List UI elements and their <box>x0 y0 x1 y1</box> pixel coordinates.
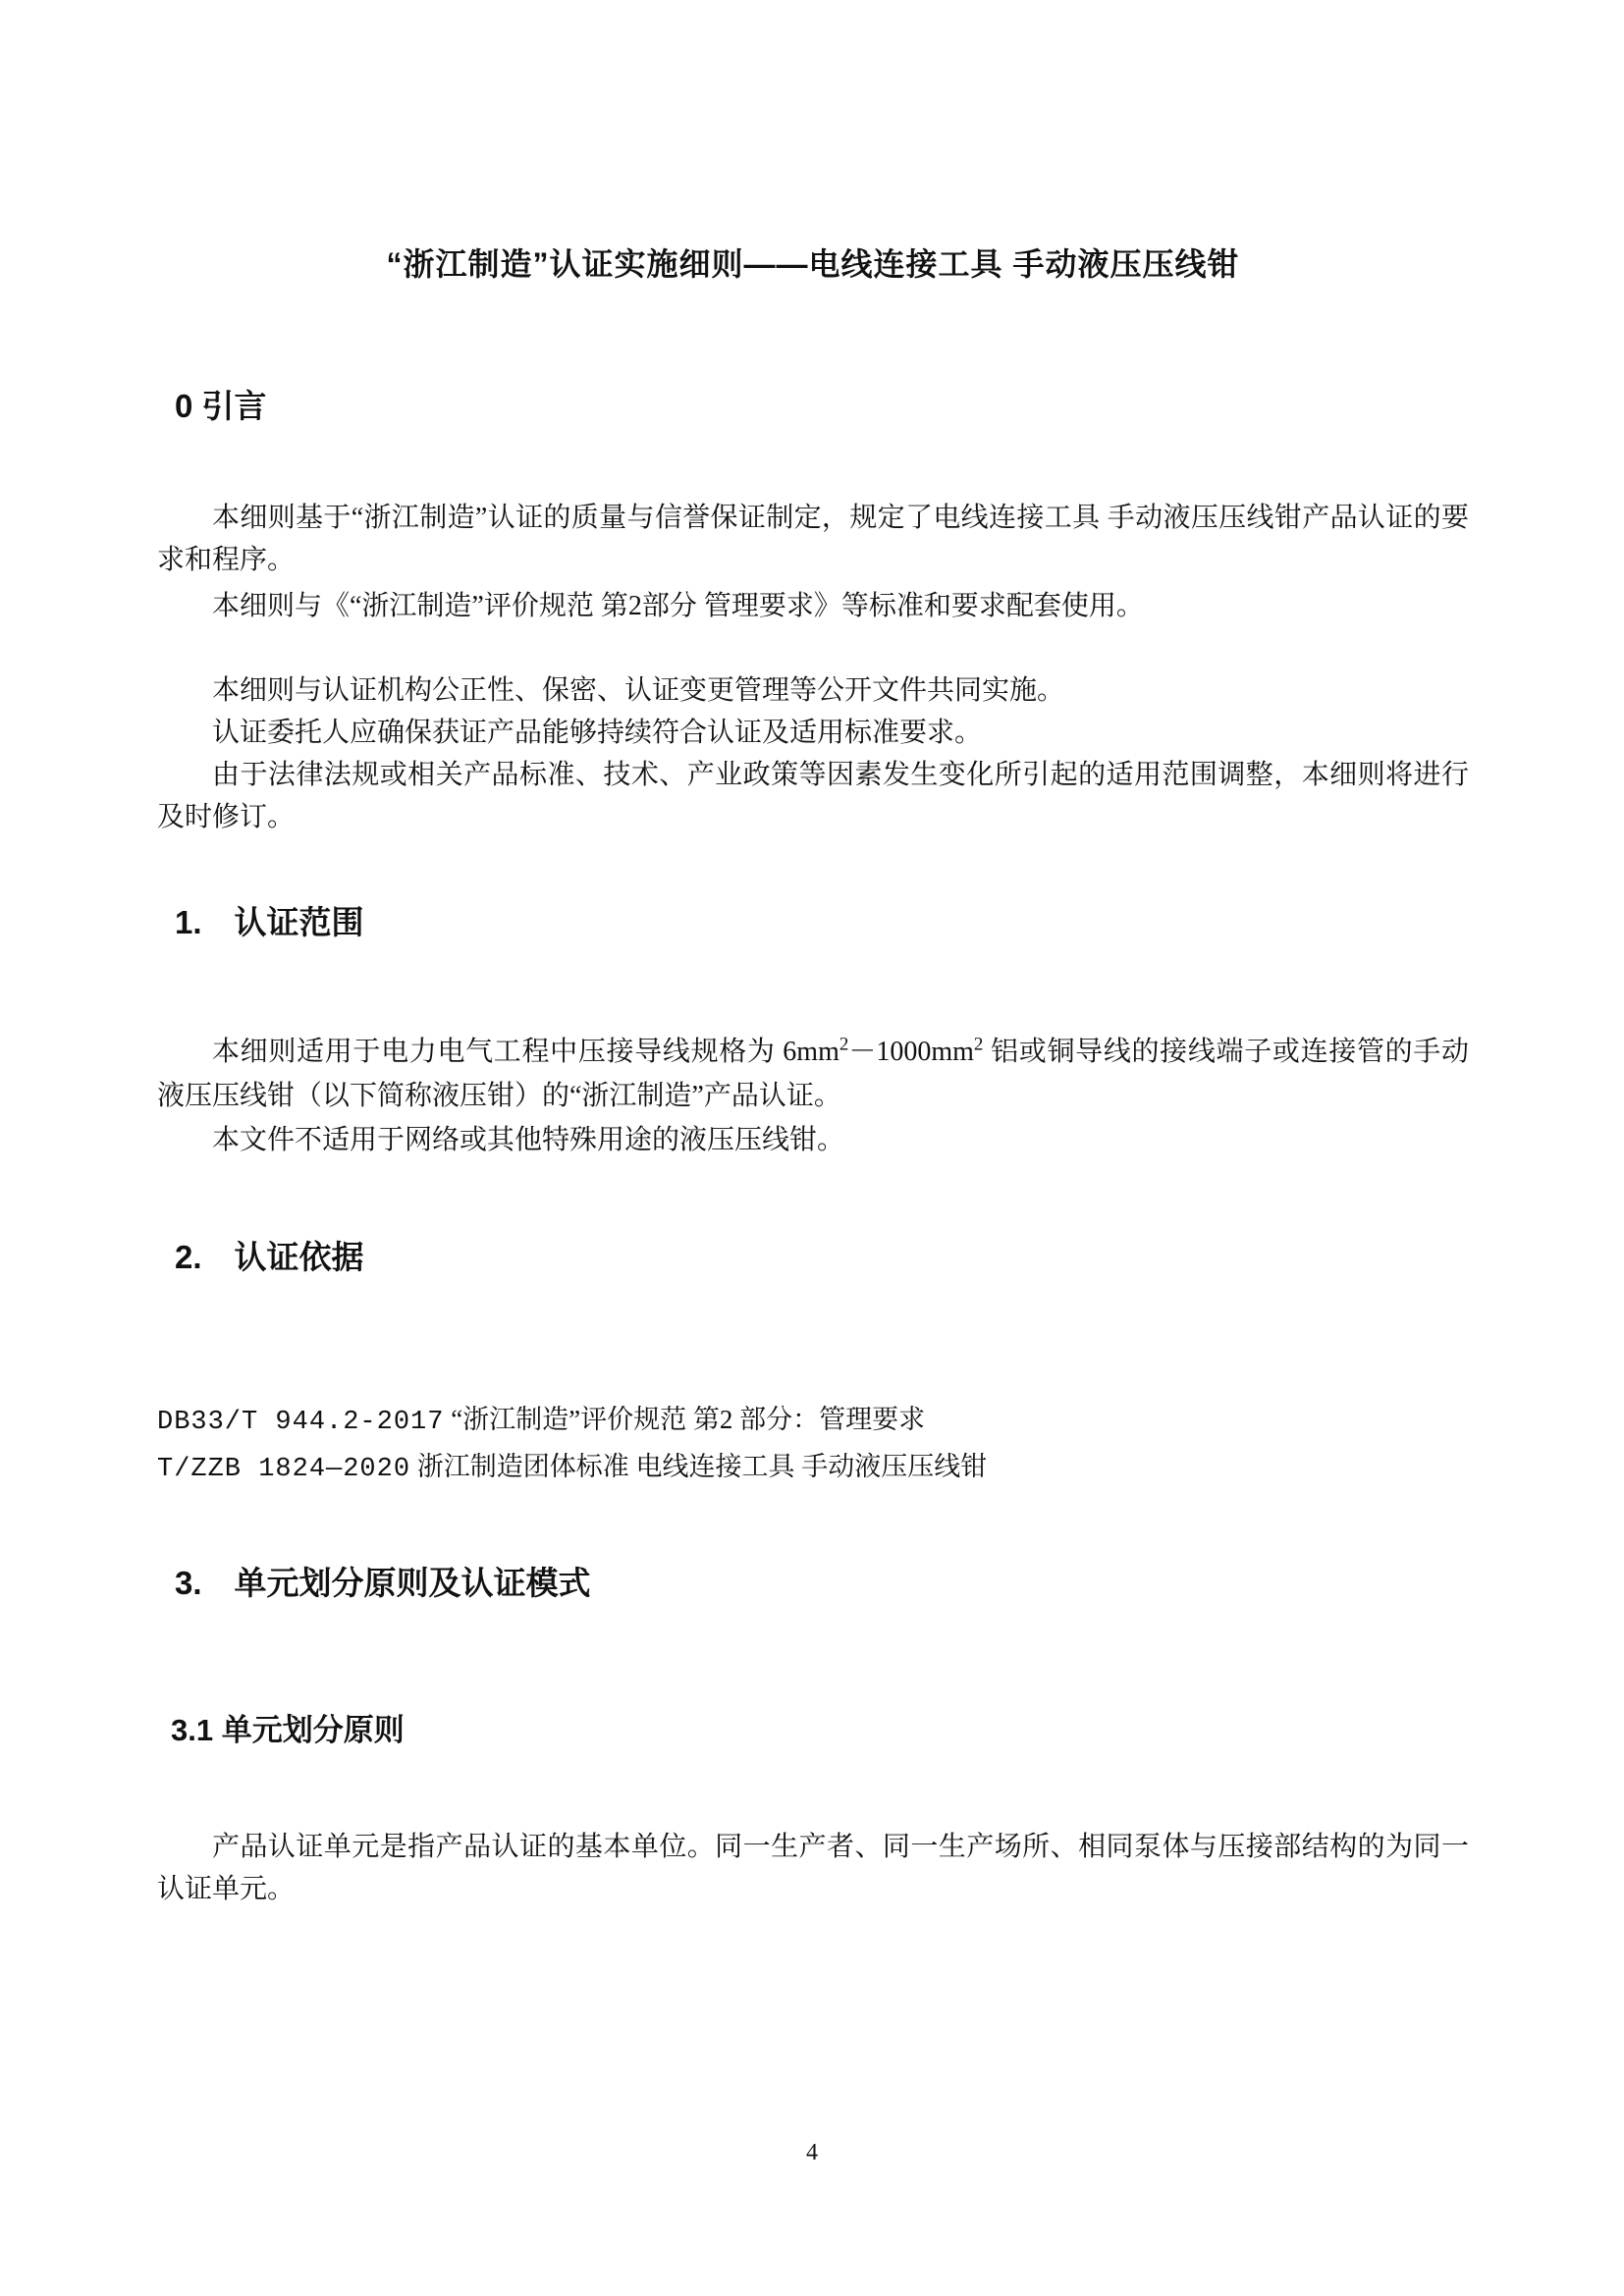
scope-text-part2: －1000mm <box>848 1037 974 1067</box>
paragraph-scope-1: 本细则适用于电力电气工程中压接导线规格为 6mm2－1000mm2 铝或铜导线的… <box>157 1030 1469 1118</box>
paragraph-intro-3: 本细则与认证机构公正性、保密、认证变更管理等公开文件共同实施。 <box>157 669 1469 712</box>
reference-2-code: T/ZZB 1824—2020 <box>157 1455 410 1484</box>
scope-superscript-1: 2 <box>839 1035 849 1055</box>
document-title: “浙江制造”认证实施细则——电线连接工具 手动液压压线钳 <box>157 241 1469 287</box>
paragraph-intro-2: 本细则与《“浙江制造”评价规范 第2部分 管理要求》等标准和要求配套使用。 <box>157 585 1469 627</box>
document-page: “浙江制造”认证实施细则——电线连接工具 手动液压压线钳 0 引言 本细则基于“… <box>0 0 1624 2296</box>
paragraph-intro-1: 本细则基于“浙江制造”认证的质量与信誉保证制定，规定了电线连接工具 手动液压压线… <box>157 497 1469 581</box>
reference-2-title: 浙江制造团体标准 电线连接工具 手动液压压线钳 <box>410 1452 987 1481</box>
section-heading-scope: 1. 认证范围 <box>175 900 1469 945</box>
section-heading-unit: 3. 单元划分原则及认证模式 <box>175 1561 1469 1606</box>
paragraph-unit-1: 产品认证单元是指产品认证的基本单位。同一生产者、同一生产场所、相同泵体与压接部结… <box>157 1826 1469 1910</box>
section-heading-intro: 0 引言 <box>175 384 1469 429</box>
reference-1-code: DB33/T 944.2-2017 <box>157 1408 444 1437</box>
page-content: “浙江制造”认证实施细则——电线连接工具 手动液压压线钳 0 引言 本细则基于“… <box>157 0 1469 1910</box>
paragraph-intro-5: 由于法律法规或相关产品标准、技术、产业政策等因素发生变化所引起的适用范围调整，本… <box>157 754 1469 838</box>
subsection-heading-unit-principle: 3.1 单元划分原则 <box>171 1708 1469 1753</box>
reference-standard-2: T/ZZB 1824—2020 浙江制造团体标准 电线连接工具 手动液压压线钳 <box>157 1445 1469 1492</box>
scope-superscript-2: 2 <box>974 1035 984 1055</box>
scope-text-part1: 本细则适用于电力电气工程中压接导线规格为 6mm <box>212 1037 839 1067</box>
paragraph-intro-4: 认证委托人应确保获证产品能够持续符合认证及适用标准要求。 <box>157 712 1469 754</box>
reference-standard-1: DB33/T 944.2-2017 “浙江制造”评价规范 第2 部分：管理要求 <box>157 1398 1469 1445</box>
page-number: 4 <box>0 2138 1624 2167</box>
reference-1-title: “浙江制造”评价规范 第2 部分：管理要求 <box>444 1405 925 1434</box>
paragraph-scope-2: 本文件不适用于网络或其他特殊用途的液压压线钳。 <box>157 1118 1469 1162</box>
section-heading-basis: 2. 认证依据 <box>175 1235 1469 1280</box>
